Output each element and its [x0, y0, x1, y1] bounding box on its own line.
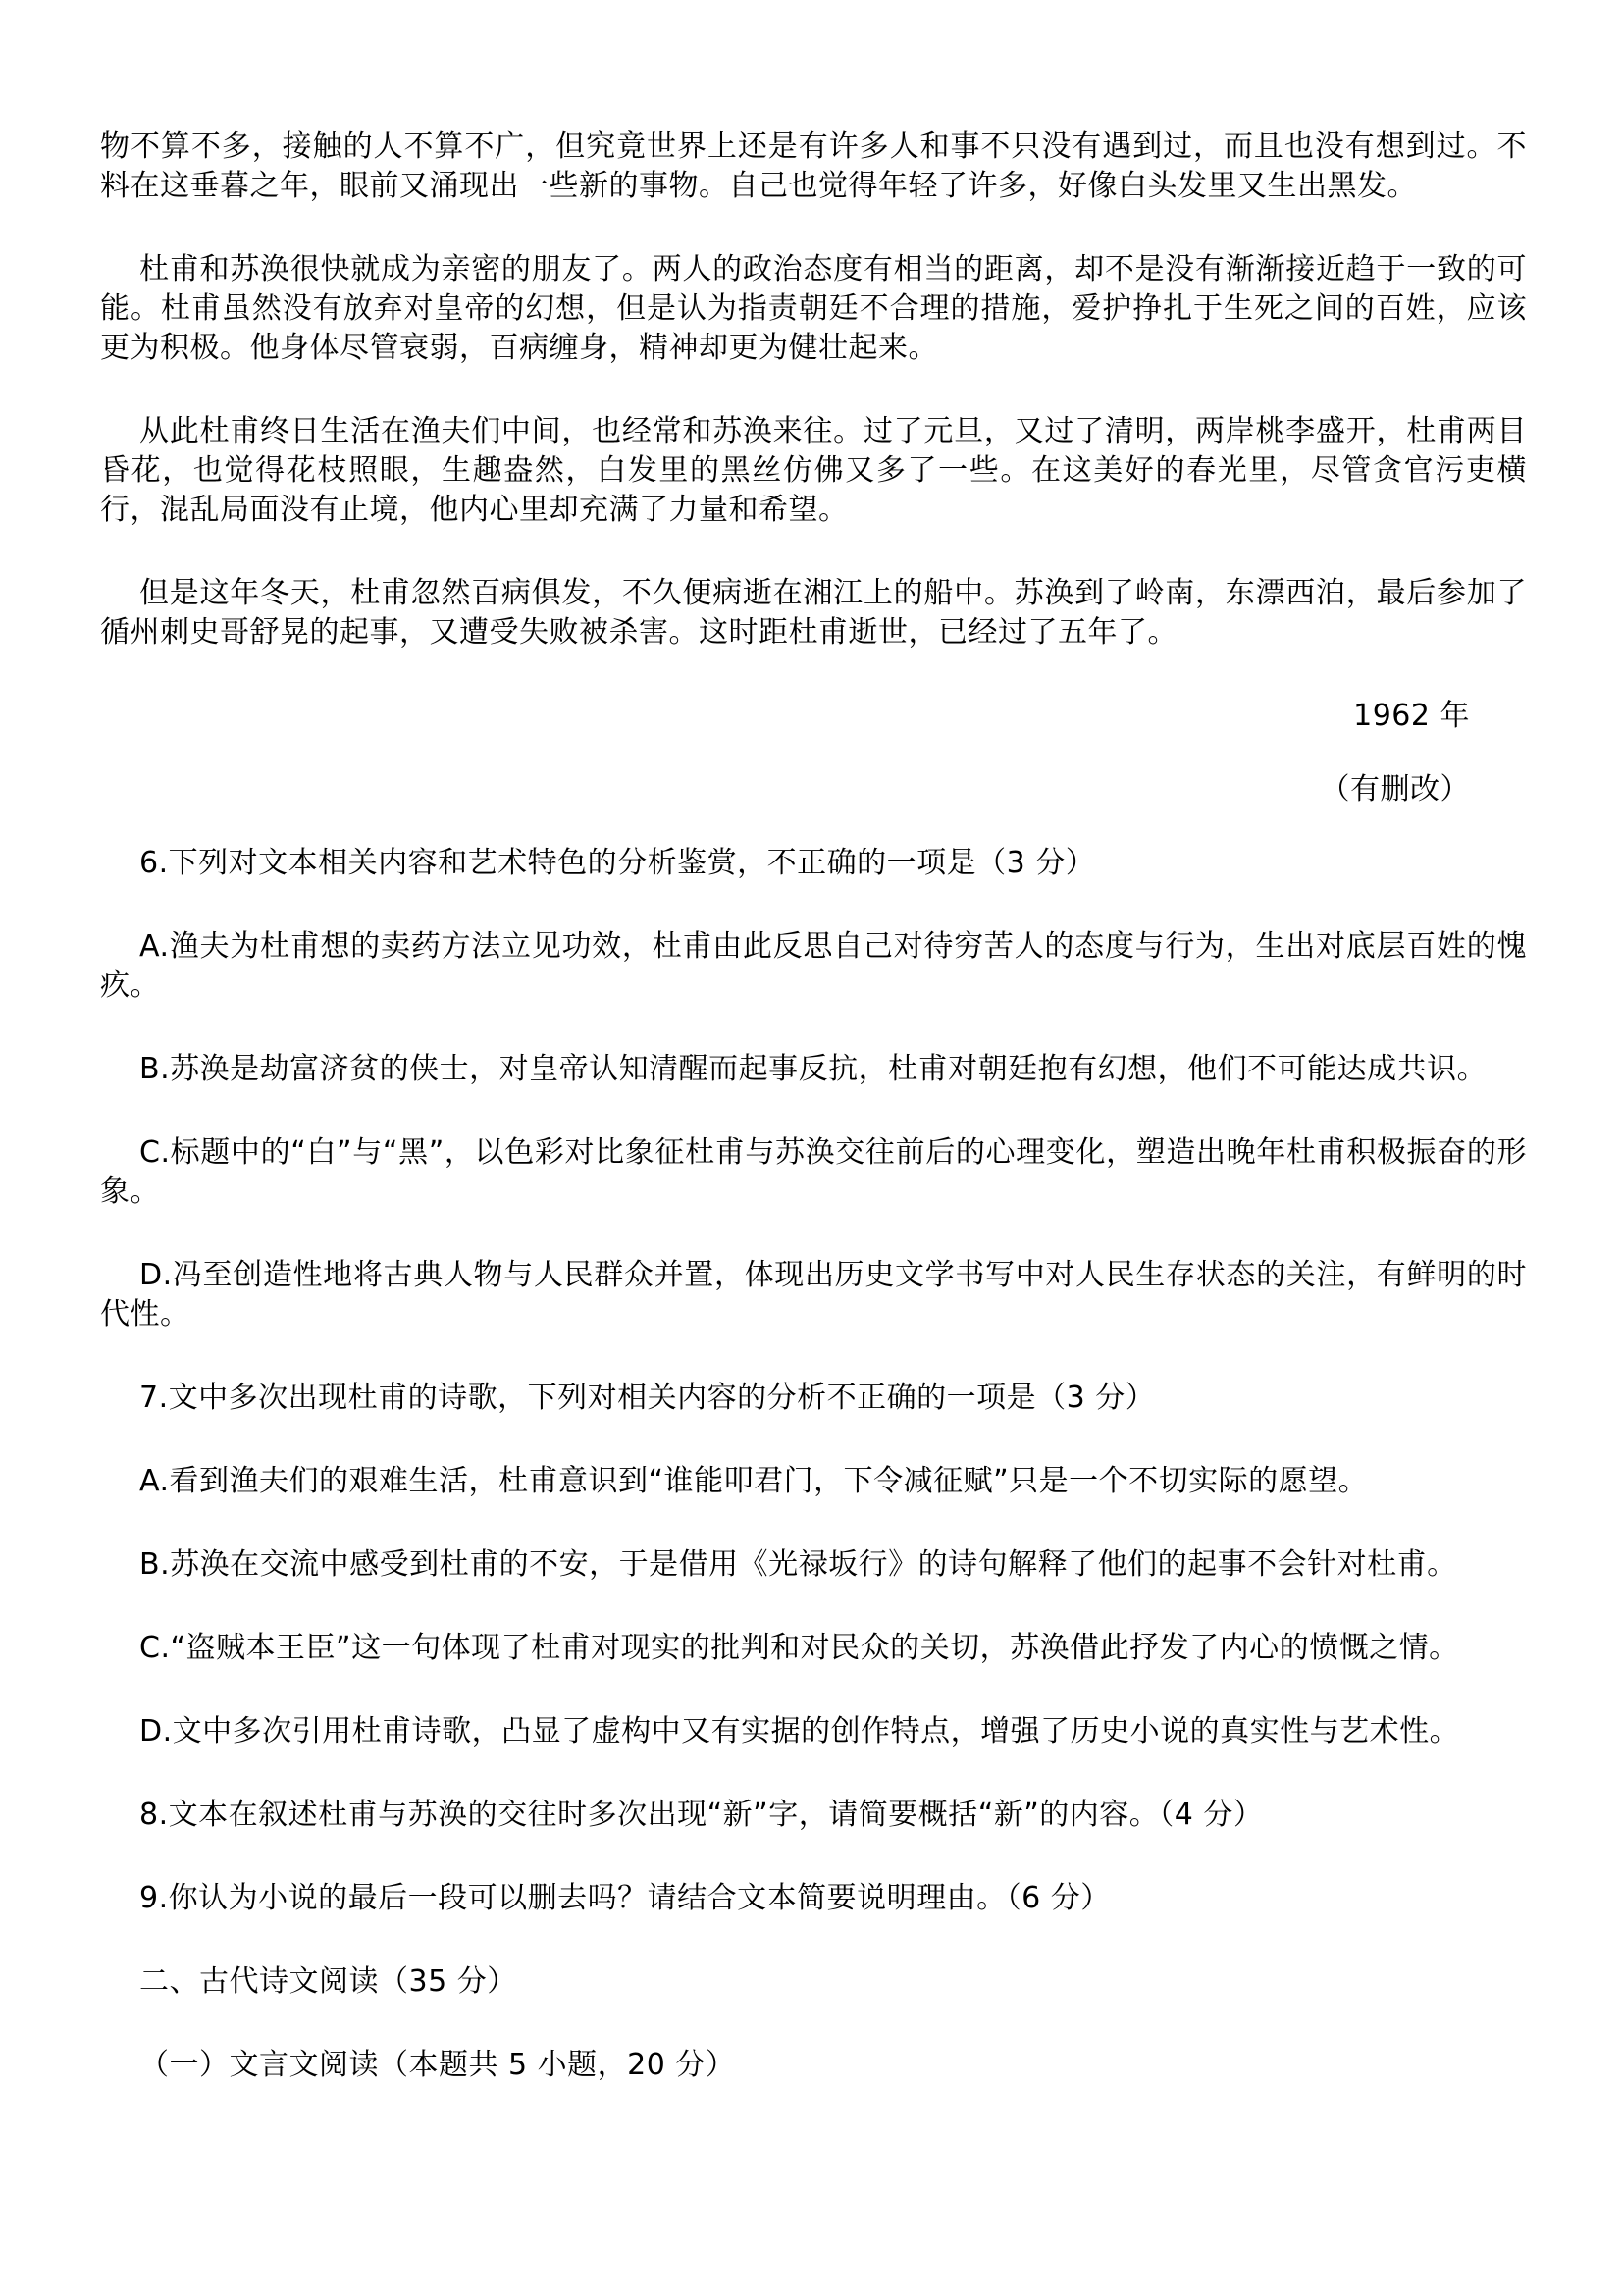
subsection-one-heading: （一）文言文阅读（本题共 5 小题，20 分）	[100, 2046, 1527, 2085]
questions-section: 6.下列对文本相关内容和艺术特色的分析鉴赏，不正确的一项是（3 分） A.渔夫为…	[100, 844, 1527, 1918]
question-6-option-c: C.标题中的“白”与“黑”，以色彩对比象征杜甫与苏涣交往前后的心理变化，塑造出晚…	[100, 1133, 1527, 1212]
question-6-option-d: D.冯至创造性地将古典人物与人民群众并置，体现出历史文学书写中对人民生存状态的关…	[100, 1256, 1527, 1334]
question-6-stem: 6.下列对文本相关内容和艺术特色的分析鉴赏，不正确的一项是（3 分）	[100, 844, 1527, 883]
question-7-option-c: C.“盗贼本王臣”这一句体现了杜甫对现实的批判和对民众的关切，苏涣借此抒发了内心…	[100, 1629, 1527, 1668]
question-8-stem: 8.文本在叙述杜甫与苏涣的交往时多次出现“新”字，请简要概括“新”的内容。（4 …	[100, 1796, 1527, 1835]
question-7-stem: 7.文中多次出现杜甫的诗歌，下列对相关内容的分析不正确的一项是（3 分）	[100, 1379, 1527, 1418]
question-7-option-a: A.看到渔夫们的艰难生活，杜甫意识到“谁能叩君门，下令减征赋”只是一个不切实际的…	[100, 1462, 1527, 1501]
passage-paragraph: 杜甫和苏涣很快就成为亲密的朋友了。两人的政治态度有相当的距离，却不是没有渐渐接近…	[100, 250, 1527, 368]
next-section-headings: 二、古代诗文阅读（35 分） （一）文言文阅读（本题共 5 小题，20 分）	[100, 1962, 1527, 2085]
section-two-heading: 二、古代诗文阅读（35 分）	[100, 1962, 1527, 2002]
reading-passage: 物不算不多，接触的人不算不广，但究竟世界上还是有许多人和事不只没有遇到过，而且也…	[100, 128, 1527, 809]
exam-document-page: 物不算不多，接触的人不算不广，但究竟世界上还是有许多人和事不只没有遇到过，而且也…	[0, 0, 1623, 2296]
passage-paragraph: 从此杜甫终日生活在渔夫们中间，也经常和苏涣来往。过了元旦，又过了清明，两岸桃李盛…	[100, 412, 1527, 530]
passage-paragraph-continuation: 物不算不多，接触的人不算不广，但究竟世界上还是有许多人和事不只没有遇到过，而且也…	[100, 128, 1527, 206]
question-9-stem: 9.你认为小说的最后一段可以删去吗？请结合文本简要说明理由。（6 分）	[100, 1879, 1527, 1918]
passage-date-line: 1962 年	[100, 697, 1527, 736]
passage-paragraph: 但是这年冬天，杜甫忽然百病俱发，不久便病逝在湘江上的船中。苏涣到了岭南，东漂西泊…	[100, 574, 1527, 652]
question-7-option-b: B.苏涣在交流中感受到杜甫的不安，于是借用《光禄坂行》的诗句解释了他们的起事不会…	[100, 1545, 1527, 1585]
question-7-option-d: D.文中多次引用杜甫诗歌，凸显了虚构中又有实据的创作特点，增强了历史小说的真实性…	[100, 1712, 1527, 1751]
question-6-option-b: B.苏涣是劫富济贫的侠士，对皇帝认知清醒而起事反抗，杜甫对朝廷抱有幻想，他们不可…	[100, 1050, 1527, 1089]
question-6-option-a: A.渔夫为杜甫想的卖药方法立见功效，杜甫由此反思自己对待穷苦人的态度与行为，生出…	[100, 927, 1527, 1006]
passage-edit-note: （有删改）	[100, 770, 1527, 809]
